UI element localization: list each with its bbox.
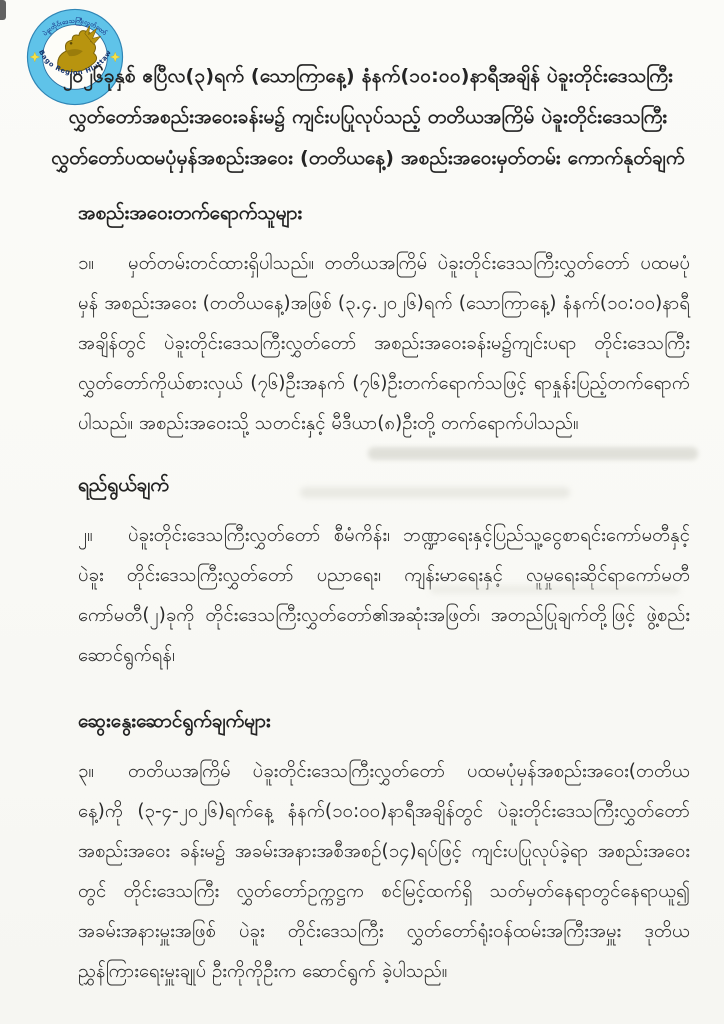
paragraph-1: ၁။မှတ်တမ်းတင်ထားရှိပါသည်။ တတိယအကြိမ် ပဲခ… (78, 244, 690, 444)
scan-edge-mark (0, 0, 6, 20)
section-discussions: ဆွေးနွေးဆောင်ရွက်ချက်များ ၃။တတိယအကြိမ် ပ… (78, 706, 690, 992)
paragraph-2: ၂။ပဲခူးတိုင်းဒေသကြီးလွှတ်တော် စီမံကိန်း၊… (78, 516, 690, 676)
section-heading-objective: ရည်ရွယ်ချက် (78, 470, 690, 500)
document-body: အစည်းအဝေးတက်ရောက်သူများ ၁။မှတ်တမ်းတင်ထား… (78, 188, 690, 992)
paragraph-2-number: ၂။ (78, 516, 128, 556)
section-attendees: အစည်းအဝေးတက်ရောက်သူများ ၁။မှတ်တမ်းတင်ထား… (78, 198, 690, 444)
paragraph-3-number: ၃။ (78, 752, 128, 792)
section-objective: ရည်ရွယ်ချက် ၂။ပဲခူးတိုင်းဒေသကြီးလွှတ်တော… (78, 470, 690, 676)
paragraph-1-text: မှတ်တမ်းတင်ထားရှိပါသည်။ တတိယအကြိမ် ပဲခူး… (78, 253, 690, 434)
scanned-document-page: ပဲခူးတိုင်းဒေသကြီးလွှတ်တော် Bago Region … (0, 0, 724, 1024)
paragraph-3-text: တတိယအကြိမ် ပဲခူးတိုင်းဒေသကြီးလွှတ်တော် ပ… (78, 761, 690, 982)
document-title: ၂၀၂၆ခုနှစ် ဧပြီလ(၃)ရက် (သောကြာနေ့) နံနက်… (40, 56, 696, 179)
paragraph-3: ၃။တတိယအကြိမ် ပဲခူးတိုင်းဒေသကြီးလွှတ်တော်… (78, 752, 690, 992)
title-line-2: လွှတ်တော်အစည်းအဝေးခန်းမ၌ ကျင်းပပြုလုပ်သည… (40, 97, 696, 138)
section-heading-discussions: ဆွေးနွေးဆောင်ရွက်ချက်များ (78, 706, 690, 736)
paragraph-2-text: ပဲခူးတိုင်းဒေသကြီးလွှတ်တော် စီမံကိန်း၊ ဘ… (78, 525, 690, 666)
paragraph-1-number: ၁။ (78, 244, 128, 284)
section-heading-attendees: အစည်းအဝေးတက်ရောက်သူများ (78, 198, 690, 228)
title-line-1: ၂၀၂၆ခုနှစ် ဧပြီလ(၃)ရက် (သောကြာနေ့) နံနက်… (40, 56, 696, 97)
title-line-3: လွှတ်တော်ပထမပုံမှန်အစည်းအဝေး (တတိယနေ့) အ… (40, 138, 696, 179)
